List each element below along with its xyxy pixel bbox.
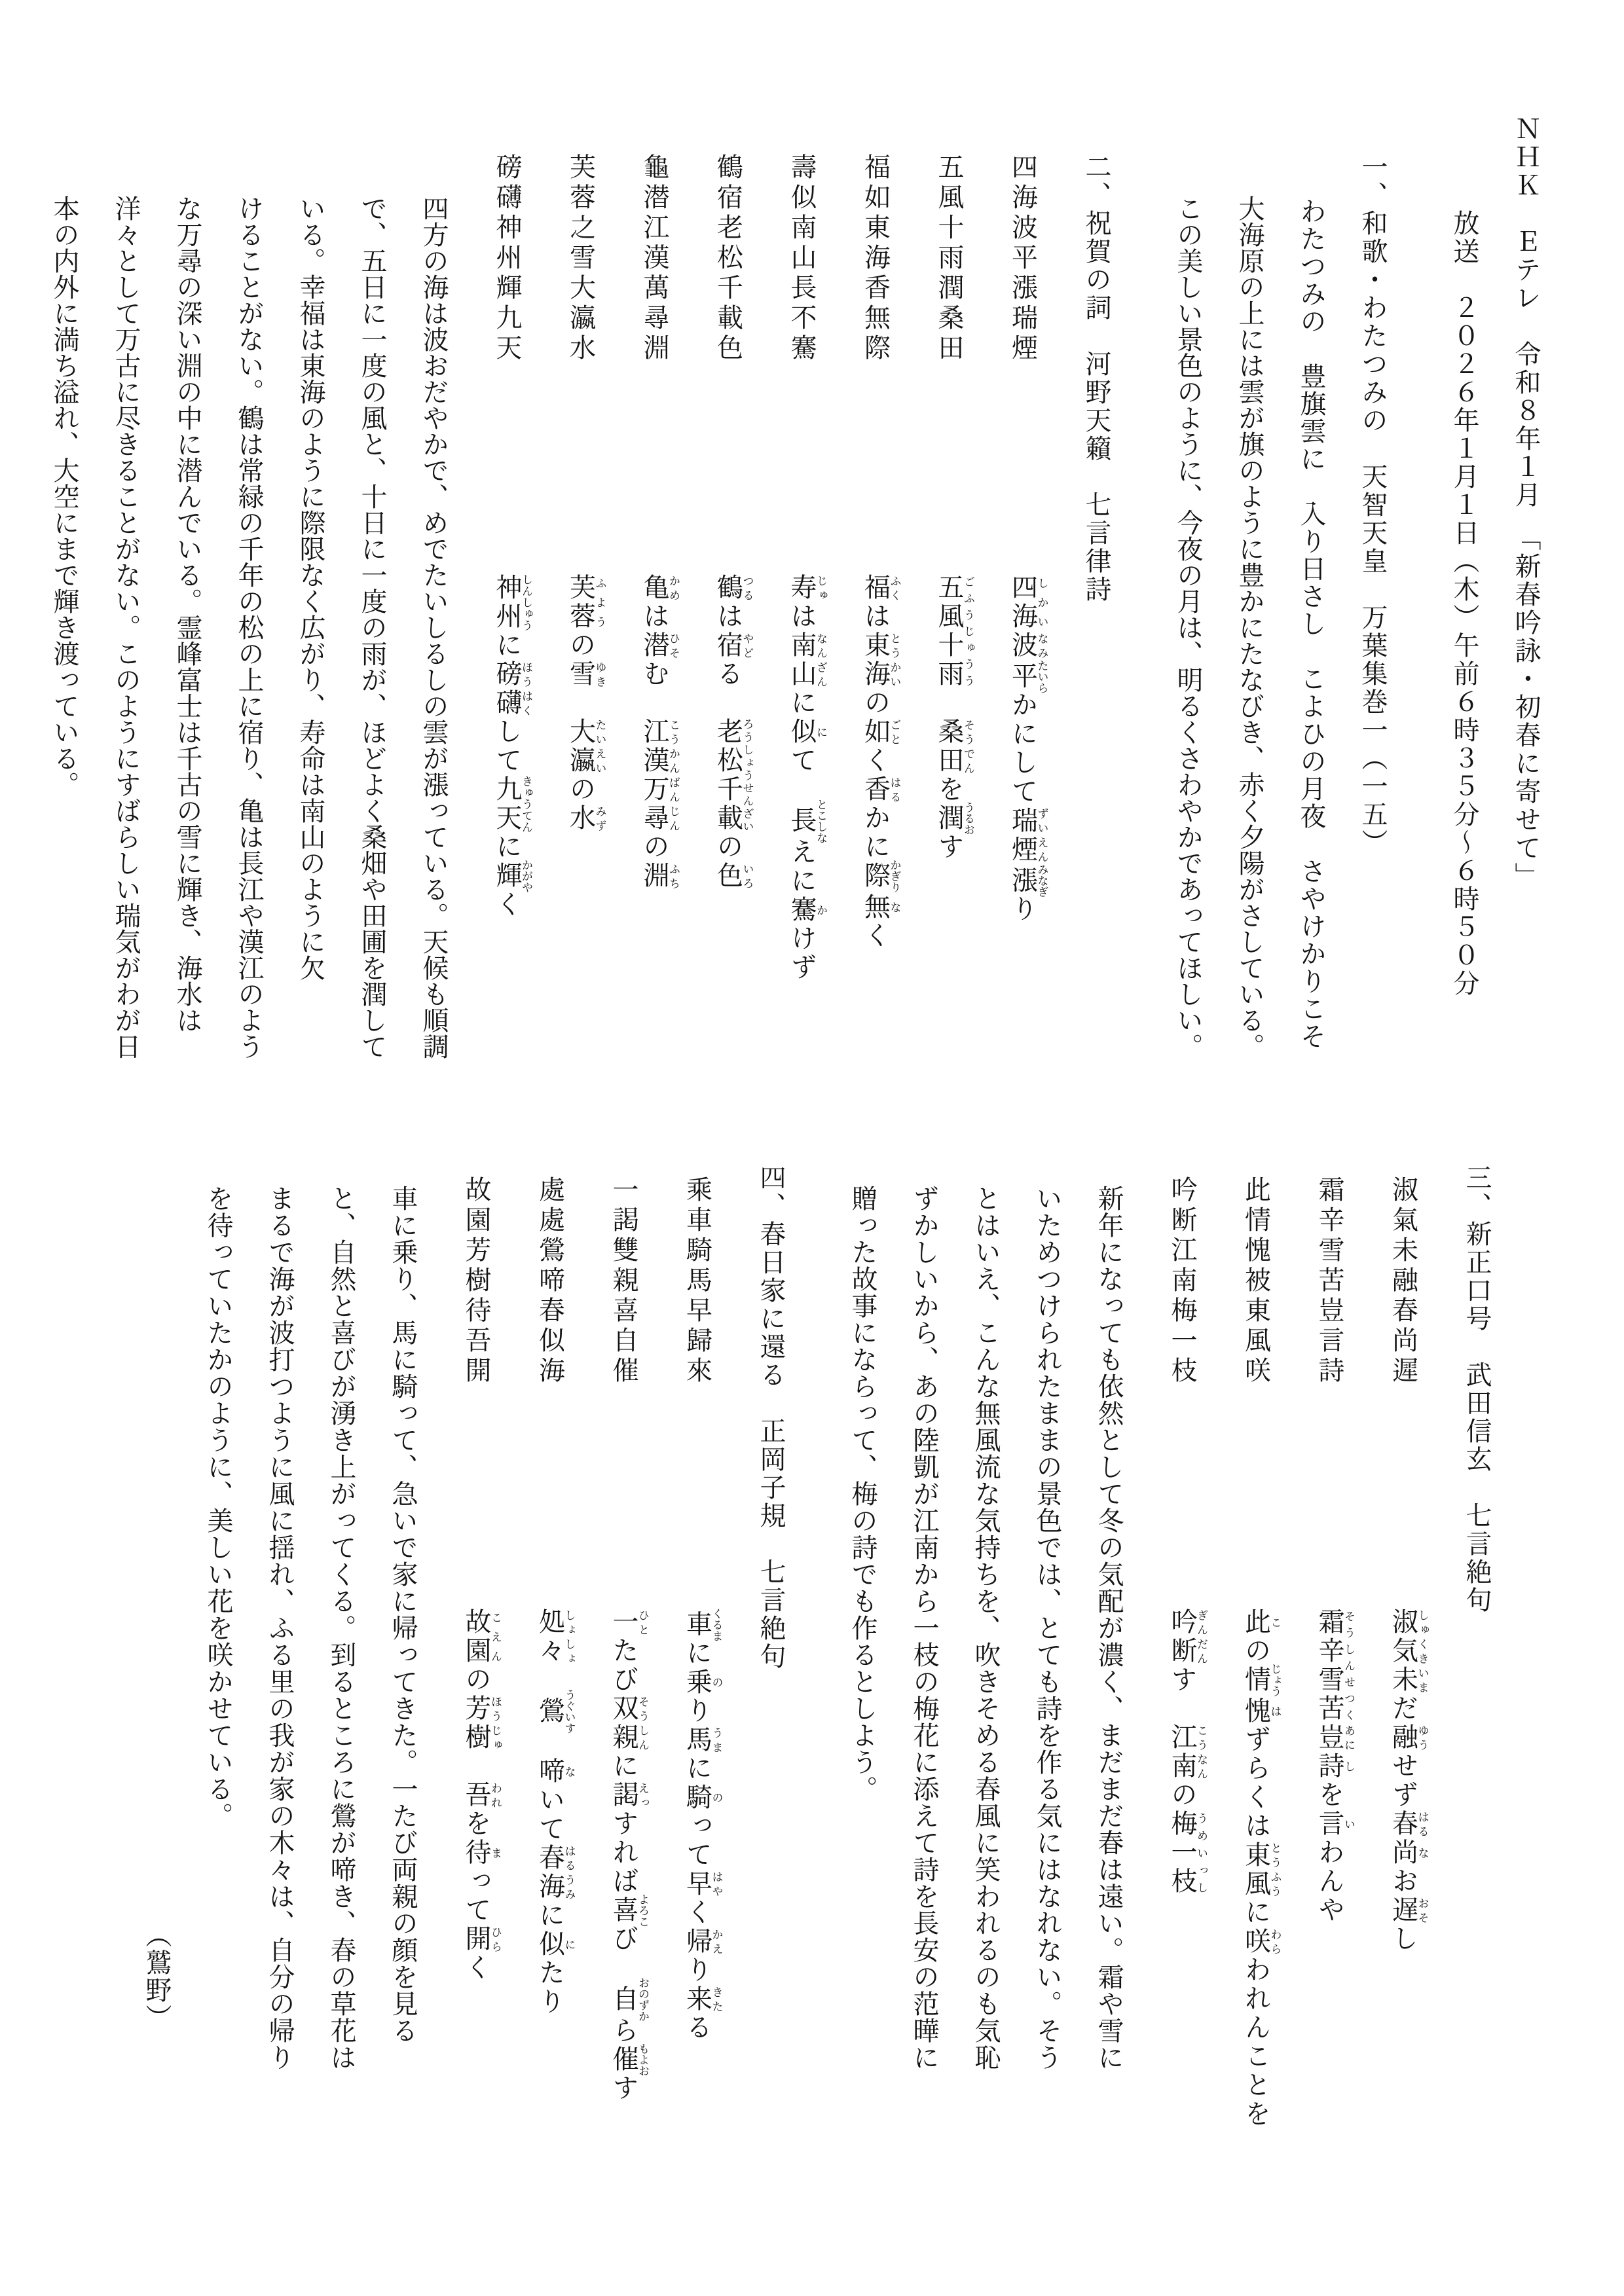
kanshi-reading: 神州しんしゅうに磅礴ほうはくして九天きゅうてんに輝かがやく bbox=[492, 574, 522, 919]
kanshi-kanji: 龜潜江漢萬尋淵 bbox=[641, 153, 667, 574]
commentary-line: まるで海が波打つように風に揺れ、ふる里の我が家の木々は、自分の帰り bbox=[267, 1159, 293, 2246]
kanshi-kanji: 福如東海香無際 bbox=[862, 153, 889, 574]
kanshi-kanji: 五風十雨潤桑田 bbox=[936, 153, 962, 574]
commentary-line: 贈った故事にならって、梅の詩でも作るとしよう。 bbox=[849, 1159, 876, 2246]
kanshi-line: 處處鶯啼春似海処々しょしょ 鶯うぐいす 啼ないて春海はるうみに似にたり bbox=[537, 1159, 576, 2246]
kanshi-line: 壽似南山長不騫寿じゅは南山なんざんに似にて 長とこしなえに騫かけず bbox=[788, 111, 827, 1123]
kanshi-line: 故園芳樹待吾開故園こえんの芳樹ほうじゅ 吾われを待まって開ひらく bbox=[463, 1159, 502, 2246]
kanshi-reading: 車くるまに乗のり馬うまに騎のって早はやく帰かえり来きたる bbox=[683, 1608, 712, 2043]
commentary-line: と、自然と喜びが湧き上がってくる。到るところに鶯が啼き、春の草花は bbox=[328, 1159, 354, 2246]
kanshi-reading: 亀かめは潜ひそむ 江漢万尋こうかんばんじんの淵ふち bbox=[640, 574, 669, 890]
kanshi-reading: 鶴つるは宿やどる 老松千載ろうしょうせんざいの色いろ bbox=[714, 574, 743, 890]
section-4-title: 四、春日家に還る 正岡子規 七言絶句 bbox=[758, 1159, 784, 2246]
kanshi-reading: 淑気しゅくき未いまだ融ゆうせず春はる尚なお遅おそし bbox=[1389, 1608, 1418, 1954]
kanshi-kanji: 芙蓉之雪大瀛水 bbox=[568, 153, 594, 574]
broadcast-info: 放送 ２０２６年１月１日（木）午前６時３５分～６時５０分 bbox=[1451, 111, 1477, 1123]
commentary-line: で、五日に一度の風と、十日に一度の雨が、ほどよく桑畑や田圃を潤して bbox=[359, 111, 385, 1123]
kanshi-kanji: 鶴宿老松千載色 bbox=[715, 153, 741, 574]
kanshi-kanji: 故園芳樹待吾開 bbox=[463, 1176, 489, 1608]
kanshi-line: 福如東海香無際福ふくは東海とうかいの如ごとく香はるかに際かぎり無なく bbox=[862, 111, 901, 1123]
commentary-line: 大海原の上には雲が旗のように豊かにたなびき、赤く夕陽がさしている。 bbox=[1236, 111, 1263, 1123]
kanshi-line: 此情愧被東風咲此この情じょう愧はずらくは東風とうふうに咲わらわれんことを bbox=[1243, 1159, 1282, 2246]
bottom-section: 三、新正口号 武田信玄 七言絶句 淑氣未融春尚遲淑気しゅくき未いまだ融ゆうせず春… bbox=[143, 1159, 1490, 2246]
waka-poem: わたつみの 豊旗雲に 入り日さし こよひの月夜 さやけかりこそ bbox=[1298, 111, 1324, 1123]
kanshi-kanji: 淑氣未融春尚遲 bbox=[1390, 1176, 1416, 1608]
commentary-line: いる。幸福は東海のように際限なく広がり、寿命は南山のように欠 bbox=[297, 111, 323, 1123]
kanshi-reading: 此この情じょう愧はずらくは東風とうふうに咲わらわれんことを bbox=[1242, 1608, 1271, 2129]
kanshi-kanji: 霜辛雪苦豈言詩 bbox=[1316, 1176, 1342, 1608]
commentary-line: ずかしいから、あの陸凱が江南から一枝の梅花に添えて詩を長安の范曄に bbox=[911, 1159, 937, 2246]
kanshi-line: 鶴宿老松千載色鶴つるは宿やどる 老松千載ろうしょうせんざいの色いろ bbox=[715, 111, 754, 1123]
kanshi-kanji: 處處鶯啼春似海 bbox=[537, 1176, 563, 1608]
kanshi-reading: 五風十雨ごふうじゅうう 桑田そうでんを潤うるおす bbox=[934, 574, 964, 862]
kanshi-reading: 故園こえんの芳樹ほうじゅ 吾われを待まって開ひらく bbox=[462, 1608, 491, 1982]
kanshi-reading: 処々しょしょ 鶯うぐいす 啼ないて春海はるうみに似にたり bbox=[536, 1608, 565, 2016]
section-3-title: 三、新正口号 武田信玄 七言絶句 bbox=[1464, 1159, 1490, 2246]
kanshi-reading: 一ひとたび双親そうしんに謁えっすれば喜よろこび 自おのずから催もよおす bbox=[609, 1608, 638, 2103]
commentary-line: 車に乗り、馬に騎って、急いで家に帰ってきた。一たび両親の顔を見る bbox=[390, 1159, 416, 2246]
kanshi-kanji: 四海波平漲瑞煙 bbox=[1010, 153, 1036, 574]
kanshi-line: 磅礴神州輝九天神州しんしゅうに磅礴ほうはくして九天きゅうてんに輝かがやく bbox=[494, 111, 532, 1123]
commentary-line: 新年になっても依然として冬の気配が濃く、まだまだ春は遠い。霜や雪に bbox=[1096, 1159, 1122, 2246]
kanshi-line: 淑氣未融春尚遲淑気しゅくき未いまだ融ゆうせず春はる尚なお遅おそし bbox=[1390, 1159, 1429, 2246]
kanshi-reading: 芙蓉ふようの雪ゆき 大瀛たいえいの水みず bbox=[566, 574, 596, 833]
kanshi-line: 芙蓉之雪大瀛水芙蓉ふようの雪ゆき 大瀛たいえいの水みず bbox=[568, 111, 606, 1123]
page-title: ＮＨＫ Ｅテレ 令和８年１月 「新春吟詠・初春に寄せて」 bbox=[1513, 111, 1539, 1123]
kanshi-line: 吟断江南梅一枝吟断ぎんだんす 江南こうなんの梅一枝うめいっし bbox=[1169, 1159, 1208, 2246]
scanned-document-page: ＮＨＫ Ｅテレ 令和８年１月 「新春吟詠・初春に寄せて」 放送 ２０２６年１月１… bbox=[0, 0, 1624, 2296]
section-2-title: 二、祝賀の詞 河野天籟 七言律詩 bbox=[1083, 111, 1109, 1123]
kanshi-kanji: 乘車騎馬早歸來 bbox=[684, 1176, 710, 1608]
commentary-line: けることがない。鶴は常緑の千年の松の上に宿り、亀は長江や漢江のよう bbox=[236, 111, 262, 1123]
commentary-line: この美しい景色のように、今夜の月は、明るくさわやかであってほしい。 bbox=[1175, 111, 1201, 1123]
kanshi-line: 乘車騎馬早歸來車くるまに乗のり馬うまに騎のって早はやく帰かえり来きたる bbox=[684, 1159, 723, 2246]
kanshi-reading: 霜辛雪苦そうしんせつく豈あに詩しを言いわんや bbox=[1315, 1608, 1344, 1925]
kanshi-kanji: 此情愧被東風咲 bbox=[1243, 1176, 1269, 1608]
kanshi-line: 霜辛雪苦豈言詩霜辛雪苦そうしんせつく豈あに詩しを言いわんや bbox=[1316, 1159, 1355, 2246]
commentary-line: を待っていたかのように、美しい花を咲かせている。 bbox=[205, 1159, 231, 2246]
kanshi-reading: 吟断ぎんだんす 江南こうなんの梅一枝うめいっし bbox=[1168, 1608, 1197, 1896]
kanshi-reading: 寿じゅは南山なんざんに似にて 長とこしなえに騫かけず bbox=[787, 574, 817, 982]
commentary-line: いためつけられたままの景色では、とても詩を作る気にはなれない。そう bbox=[1034, 1159, 1060, 2246]
kanshi-line: 一謁雙親喜自催一ひとたび双親そうしんに謁えっすれば喜よろこび 自おのずから催もよ… bbox=[610, 1159, 649, 2246]
kanshi-kanji: 壽似南山長不騫 bbox=[788, 153, 815, 574]
author-attribution: （鷲野） bbox=[143, 1159, 170, 2246]
top-section: ＮＨＫ Ｅテレ 令和８年１月 「新春吟詠・初春に寄せて」 放送 ２０２６年１月１… bbox=[51, 111, 1539, 1123]
kanshi-line: 四海波平漲瑞煙四海しかい波なみ平たいらかにして瑞煙ずいえん漲みなぎり bbox=[1010, 111, 1048, 1123]
kanshi-kanji: 一謁雙親喜自催 bbox=[610, 1176, 637, 1608]
kanshi-line: 龜潜江漢萬尋淵亀かめは潜ひそむ 江漢万尋こうかんばんじんの淵ふち bbox=[641, 111, 680, 1123]
commentary-line: 四方の海は波おだやかで、めでたいしるしの雲が漲っている。天候も順調 bbox=[420, 111, 447, 1123]
commentary-line: 本の内外に満ち溢れ、大空にまで輝き渡っている。 bbox=[51, 111, 77, 1123]
section-1-title: 一、和歌・わたつみの 天智天皇 万葉集巻一（一五） bbox=[1359, 111, 1386, 1123]
kanshi-reading: 四海しかい波なみ平たいらかにして瑞煙ずいえん漲みなぎり bbox=[1008, 574, 1038, 924]
kanshi-kanji: 磅礴神州輝九天 bbox=[494, 153, 520, 574]
kanshi-line: 五風十雨潤桑田五風十雨ごふうじゅうう 桑田そうでんを潤うるおす bbox=[936, 111, 974, 1123]
kanshi-reading: 福ふくは東海とうかいの如ごとく香はるかに際かぎり無なく bbox=[861, 574, 891, 951]
commentary-line: な万尋の深い淵の中に潜んでいる。霊峰富士は千古の雪に輝き、海水は bbox=[174, 111, 200, 1123]
kanshi-kanji: 吟断江南梅一枝 bbox=[1169, 1176, 1195, 1608]
commentary-line: 洋々として万古に尽きることがない。このようにすばらしい瑞気がわが日 bbox=[113, 111, 139, 1123]
commentary-line: とはいえ、こんな無風流な気持ちを、吹きそめる春風に笑われるのも気恥 bbox=[972, 1159, 999, 2246]
